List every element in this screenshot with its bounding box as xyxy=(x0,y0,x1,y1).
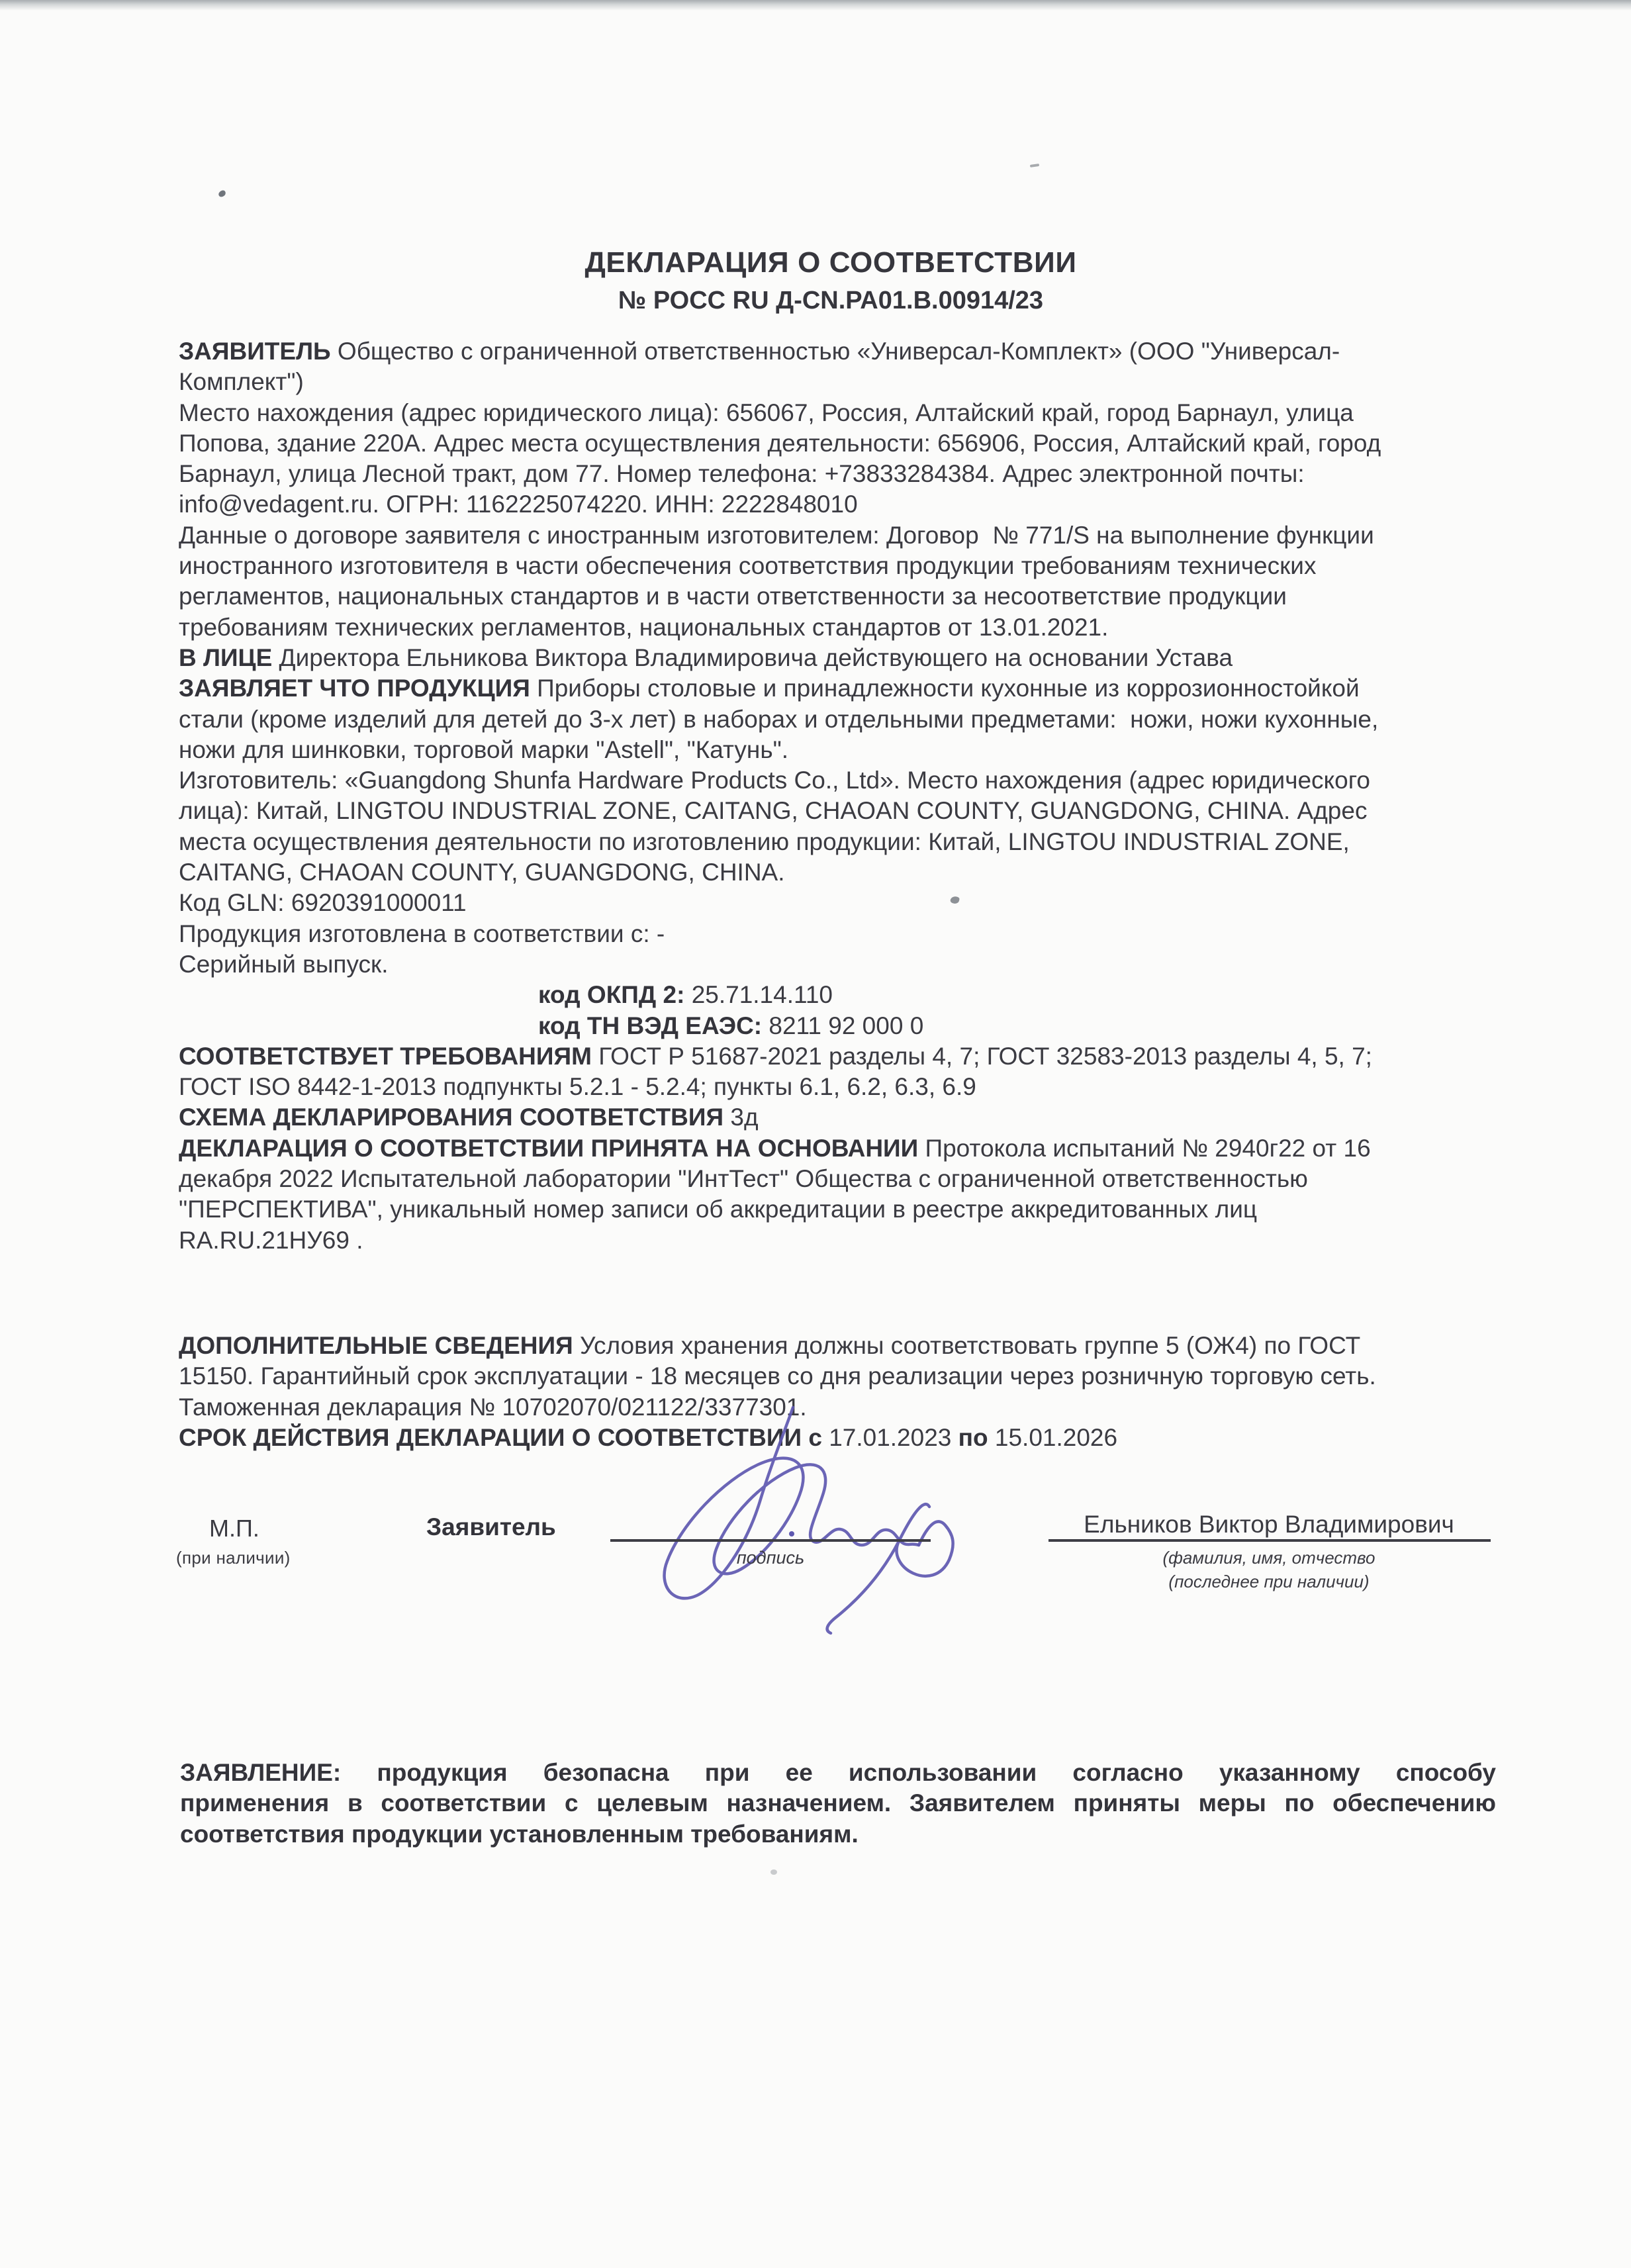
text-run: Код GLN: 6920391000011 xyxy=(179,889,467,916)
text-line: Комплект") xyxy=(179,367,1381,397)
text-run: Условия хранения должны соответствовать … xyxy=(580,1332,1360,1359)
text-run: СООТВЕТСТВУЕТ ТРЕБОВАНИЯМ xyxy=(179,1043,598,1070)
text-line: Изготовитель: «Guangdong Shunfa Hardware… xyxy=(179,765,1381,796)
text-run: Изготовитель: «Guangdong Shunfa Hardware… xyxy=(179,767,1370,794)
text-line: лица): Китай, LINGTOU INDUSTRIAL ZONE, C… xyxy=(179,796,1381,826)
text-run: требованиям технических регламентов, нац… xyxy=(179,614,1108,641)
text-run: декабря 2022 Испытательной лаборатории "… xyxy=(179,1165,1308,1192)
document-header: ДЕКЛАРАЦИЯ О СООТВЕТСТВИИ № РОСС RU Д-CN… xyxy=(0,246,1631,315)
text-run: Директора Ельникова Виктора Владимирович… xyxy=(279,644,1233,671)
text-line: соответствия продукции установленным тре… xyxy=(180,1819,1496,1850)
text-line: ЗАЯВИТЕЛЬ Общество с ограниченной ответс… xyxy=(179,336,1381,367)
text-line: RA.RU.21НУ69 . xyxy=(179,1225,1381,1256)
text-run: 8211 92 000 0 xyxy=(769,1012,923,1039)
applicant-label: Заявитель xyxy=(426,1513,556,1541)
text-line: Место нахождения (адрес юридического лиц… xyxy=(179,398,1381,428)
scan-edge-shadow xyxy=(0,0,1631,11)
text-line: декабря 2022 Испытательной лаборатории "… xyxy=(179,1164,1381,1194)
text-run: регламентов, национальных стандартов и в… xyxy=(179,583,1287,610)
text-run: Данные о договоре заявителя с иностранны… xyxy=(179,522,1374,549)
text-run: код ОКПД 2: xyxy=(538,981,692,1008)
text-run: стали (кроме изделий для детей до 3-х ле… xyxy=(179,706,1378,733)
text-line: иностранного изготовителя в части обеспе… xyxy=(179,551,1381,581)
text-run: Барнаул, улица Лесной тракт, дом 77. Ном… xyxy=(179,460,1305,487)
scanned-declaration-document: ДЕКЛАРАЦИЯ О СООТВЕТСТВИИ № РОСС RU Д-CN… xyxy=(0,0,1631,2268)
text-line: места осуществления деятельности по изго… xyxy=(179,827,1381,857)
text-run: 15150. Гарантийный срок эксплуатации - 1… xyxy=(179,1362,1376,1390)
text-run: Комплект") xyxy=(179,368,304,395)
text-line: Код GLN: 6920391000011 xyxy=(179,888,1381,918)
text-line: применения в соответствии с целевым назн… xyxy=(180,1788,1496,1819)
signature-line xyxy=(610,1539,931,1542)
document-number: № РОСС RU Д-CN.РА01.В.00914/23 xyxy=(30,286,1631,315)
text-run: info@vedagent.ru. ОГРН: 1162225074220. И… xyxy=(179,491,858,518)
text-run: RA.RU.21НУ69 . xyxy=(179,1227,363,1254)
text-run: Продукция изготовлена в соответствии с: … xyxy=(179,920,665,947)
text-run: ГОСТ Р 51687-2021 разделы 4, 7; ГОСТ 325… xyxy=(598,1043,1372,1070)
text-line: ДОПОЛНИТЕЛЬНЫЕ СВЕДЕНИЯ Условия хранения… xyxy=(179,1331,1376,1361)
text-line: Серийный выпуск. xyxy=(179,949,1381,980)
text-line: 15150. Гарантийный срок эксплуатации - 1… xyxy=(179,1361,1376,1392)
text-run: ножи для шинковки, торговой марки "Astel… xyxy=(179,736,788,763)
text-line: ГОСТ ISO 8442-1-2013 подпункты 5.2.1 - 5… xyxy=(179,1072,1381,1102)
text-line: ЗАЯВЛЯЕТ ЧТО ПРОДУКЦИЯ Приборы столовые … xyxy=(179,673,1381,704)
text-run: Общество с ограниченной ответственностью… xyxy=(338,338,1340,365)
statement-paragraph: ЗАЯВЛЕНИЕ: продукция безопасна при ее ис… xyxy=(180,1758,1496,1850)
name-caption-line2: (последнее при наличии) xyxy=(1050,1572,1487,1592)
text-line: В ЛИЦЕ Директора Ельникова Виктора Влади… xyxy=(179,643,1381,673)
text-line: стали (кроме изделий для детей до 3-х ле… xyxy=(179,704,1381,735)
document-title: ДЕКЛАРАЦИЯ О СООТВЕТСТВИИ xyxy=(30,246,1631,279)
text-run: лица): Китай, LINGTOU INDUSTRIAL ZONE, C… xyxy=(179,797,1367,824)
signature-caption: подпись xyxy=(610,1548,931,1568)
scan-speck xyxy=(1030,164,1039,167)
text-run: места осуществления деятельности по изго… xyxy=(179,828,1350,855)
scan-speck xyxy=(770,1869,777,1875)
text-line: ЗАЯВЛЕНИЕ: продукция безопасна при ее ис… xyxy=(180,1758,1496,1788)
text-line: код ОКПД 2: 25.71.14.110 xyxy=(179,980,1381,1010)
text-line: Продукция изготовлена в соответствии с: … xyxy=(179,919,1381,949)
stamp-place-note: (при наличии) xyxy=(176,1548,291,1568)
text-run: ЗАЯВЛЕНИЕ: продукция безопасна при ее ис… xyxy=(180,1759,1496,1786)
text-run: CAITANG, CHAOAN COUNTY, GUANGDONG, CHINA… xyxy=(179,859,785,886)
text-run: Попова, здание 220А. Адрес места осущест… xyxy=(179,430,1381,457)
signer-name: Ельников Виктор Владимирович xyxy=(1050,1511,1487,1538)
text-run: Серийный выпуск. xyxy=(179,951,389,978)
text-run: ГОСТ ISO 8442-1-2013 подпункты 5.2.1 - 5… xyxy=(179,1073,976,1100)
text-line: требованиям технических регламентов, нац… xyxy=(179,612,1381,643)
signature-ink xyxy=(634,1402,965,1640)
text-line: регламентов, национальных стандартов и в… xyxy=(179,581,1381,612)
text-run: Приборы столовые и принадлежности кухонн… xyxy=(537,675,1360,702)
text-run: код ТН ВЭД ЕАЭС: xyxy=(538,1012,769,1039)
text-run: Место нахождения (адрес юридического лиц… xyxy=(179,399,1354,426)
text-line: СХЕМА ДЕКЛАРИРОВАНИЯ СООТВЕТСТВИЯ 3д xyxy=(179,1102,1381,1133)
text-run: соответствия продукции установленным тре… xyxy=(180,1820,859,1848)
scan-speck xyxy=(218,189,226,197)
text-run: ДОПОЛНИТЕЛЬНЫЕ СВЕДЕНИЯ xyxy=(179,1332,580,1359)
text-run: применения в соответствии с целевым назн… xyxy=(180,1789,1496,1817)
text-line: Данные о договоре заявителя с иностранны… xyxy=(179,520,1381,551)
text-line: ДЕКЛАРАЦИЯ О СООТВЕТСТВИИ ПРИНЯТА НА ОСН… xyxy=(179,1133,1381,1164)
text-run: ЗАЯВЛЯЕТ ЧТО ПРОДУКЦИЯ xyxy=(179,675,537,702)
text-run: СХЕМА ДЕКЛАРИРОВАНИЯ СООТВЕТСТВИЯ xyxy=(179,1104,730,1131)
text-run: В ЛИЦЕ xyxy=(179,644,279,671)
text-run: Протокола испытаний № 2940г22 от 16 xyxy=(925,1135,1371,1162)
name-caption-line1: (фамилия, имя, отчество xyxy=(1050,1548,1487,1568)
text-line: info@vedagent.ru. ОГРН: 1162225074220. И… xyxy=(179,489,1381,520)
ink-dot xyxy=(789,1531,794,1536)
text-run: "ПЕРСПЕКТИВА", уникальный номер записи о… xyxy=(179,1196,1257,1223)
declaration-body-text: ЗАЯВИТЕЛЬ Общество с ограниченной ответс… xyxy=(179,336,1381,1256)
text-run: 15.01.2026 xyxy=(995,1424,1117,1451)
text-line: СООТВЕТСТВУЕТ ТРЕБОВАНИЯМ ГОСТ Р 51687-2… xyxy=(179,1041,1381,1072)
text-line: код ТН ВЭД ЕАЭС: 8211 92 000 0 xyxy=(179,1011,1381,1041)
text-line: Барнаул, улица Лесной тракт, дом 77. Ном… xyxy=(179,459,1381,489)
name-line xyxy=(1048,1539,1491,1542)
text-run: ДЕКЛАРАЦИЯ О СООТВЕТСТВИИ ПРИНЯТА НА ОСН… xyxy=(179,1135,925,1162)
text-line: ножи для шинковки, торговой марки "Astel… xyxy=(179,735,1381,765)
text-line: CAITANG, CHAOAN COUNTY, GUANGDONG, CHINA… xyxy=(179,857,1381,888)
text-run: 3д xyxy=(730,1104,758,1131)
stamp-place-label: М.П. xyxy=(209,1515,259,1542)
text-run: иностранного изготовителя в части обеспе… xyxy=(179,552,1316,579)
text-run: ЗАЯВИТЕЛЬ xyxy=(179,338,338,365)
text-line: "ПЕРСПЕКТИВА", уникальный номер записи о… xyxy=(179,1194,1381,1225)
text-line: Попова, здание 220А. Адрес места осущест… xyxy=(179,428,1381,459)
text-run: 25.71.14.110 xyxy=(692,981,833,1008)
